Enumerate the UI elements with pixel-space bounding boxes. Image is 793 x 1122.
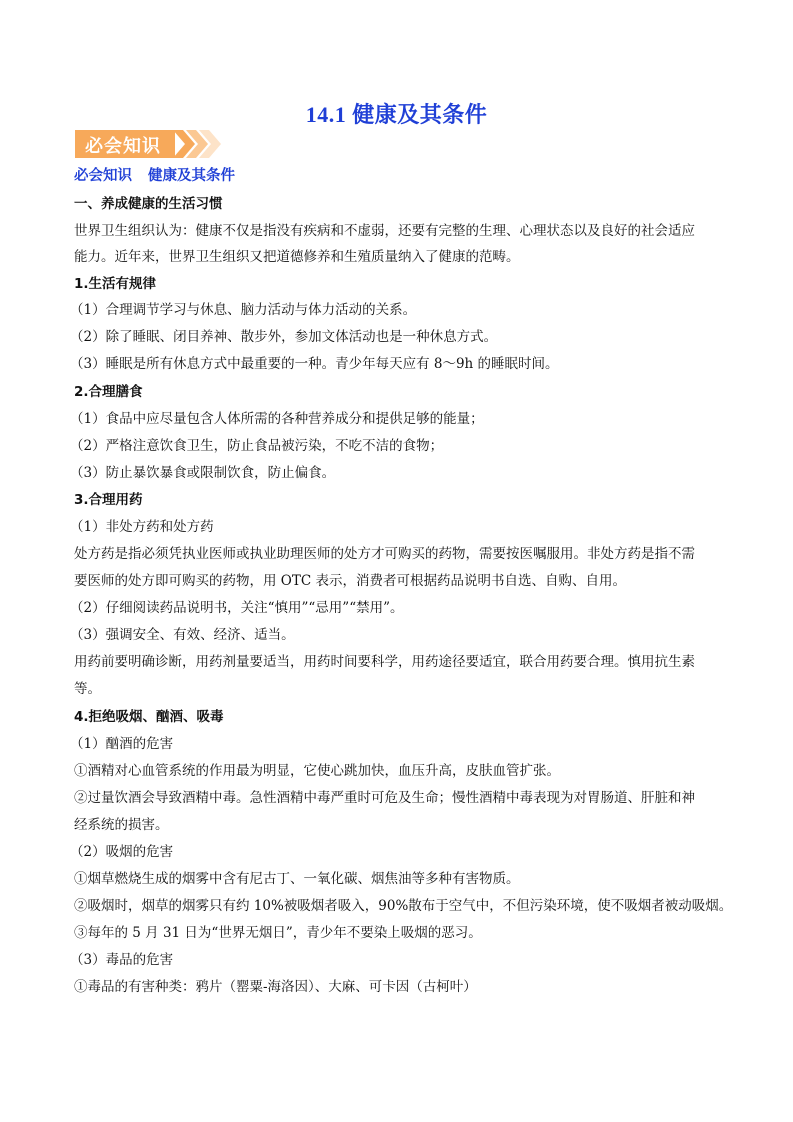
paragraph-line: 等。 <box>74 680 101 698</box>
paragraph-line: 经系统的损害。 <box>74 816 169 834</box>
subheading-3: 3.合理用药 <box>74 491 143 509</box>
paragraph-line: ①酒精对心血管系统的作用最为明显，它使心跳加快，血压升高，皮肤血管扩张。 <box>74 762 560 780</box>
list-item: （2）吸烟的危害 <box>70 843 173 861</box>
paragraph-line: ①烟草燃烧生成的烟雾中含有尼古丁、一氧化碳、烟焦油等多种有害物质。 <box>74 870 520 888</box>
paragraph-line: 要医师的处方即可购买的药物，用 OTC 表示，消费者可根据药品说明书自选、自购、… <box>74 572 626 590</box>
paragraph-line: ③每年的 5 月 31 日为“世界无烟日”，青少年不要染上吸烟的恶习。 <box>74 924 482 942</box>
paragraph-line: 世界卫生组织认为：健康不仅是指没有疾病和不虚弱，还要有完整的生理、心理状态以及良… <box>74 222 695 240</box>
section-subtitle: 必会知识健康及其条件 <box>74 164 235 185</box>
section-banner: 必会知识 <box>75 130 225 158</box>
paragraph-line: ②过量饮酒会导致酒精中毒。急性酒精中毒严重时可危及生命；慢性酒精中毒表现为对胃肠… <box>74 789 695 807</box>
list-item: （2）严格注意饮食卫生，防止食品被污染，不吃不洁的食物； <box>70 437 443 455</box>
list-item: （1）非处方药和处方药 <box>70 518 214 536</box>
paragraph-line: ②吸烟时，烟草的烟雾只有约 10%被吸烟者吸入，90%散布于空气中，不但污染环境… <box>74 897 732 915</box>
paragraph-line: ①毒品的有害种类：鸦片（罂粟-海洛因）、大麻、可卡因（古柯叶） <box>74 978 477 996</box>
subheading-1: 1.生活有规律 <box>74 275 156 293</box>
subheading-2: 2.合理膳食 <box>74 383 143 401</box>
list-item: （3）毒品的危害 <box>70 951 173 969</box>
paragraph-line: 用药前要明确诊断，用药剂量要适当，用药时间要科学，用药途径要适宜，联合用药要合理… <box>74 653 695 671</box>
list-item: （3）睡眠是所有休息方式中最重要的一种。青少年每天应有 8～9h 的睡眠时间。 <box>70 355 559 373</box>
list-item: （3）强调安全、有效、经济、适当。 <box>70 626 295 644</box>
section-heading: 一、养成健康的生活习惯 <box>74 195 223 213</box>
list-item: （2）除了睡眠、闭目养神、散步外，参加文体活动也是一种休息方式。 <box>70 328 497 346</box>
subtitle-part1: 必会知识 <box>74 168 132 184</box>
paragraph-line: 能力。近年来，世界卫生组织又把道德修养和生殖质量纳入了健康的范畴。 <box>74 248 520 266</box>
list-item: （1）酗酒的危害 <box>70 735 173 753</box>
document-page: 14.1 健康及其条件 必会知识 必会知识健康及其条件 一、养成健康的生活习惯 … <box>0 0 793 1122</box>
banner-label: 必会知识 <box>85 132 161 158</box>
paragraph-line: 处方药是指必须凭执业医师或执业助理医师的处方才可购买的药物，需要按医嘱服用。非处… <box>74 545 695 563</box>
subheading-4: 4.拒绝吸烟、酗酒、吸毒 <box>74 708 224 726</box>
list-item: （1）合理调节学习与休息、脑力活动与体力活动的关系。 <box>70 301 416 319</box>
list-item: （1）食品中应尽量包含人体所需的各种营养成分和提供足够的能量； <box>70 410 484 428</box>
subtitle-part2: 健康及其条件 <box>148 168 235 184</box>
list-item: （3）防止暴饮暴食或限制饮食，防止偏食。 <box>70 464 335 482</box>
page-title: 14.1 健康及其条件 <box>0 98 793 129</box>
list-item: （2）仔细阅读药品说明书，关注“慎用”“忌用”“禁用”。 <box>70 599 404 617</box>
